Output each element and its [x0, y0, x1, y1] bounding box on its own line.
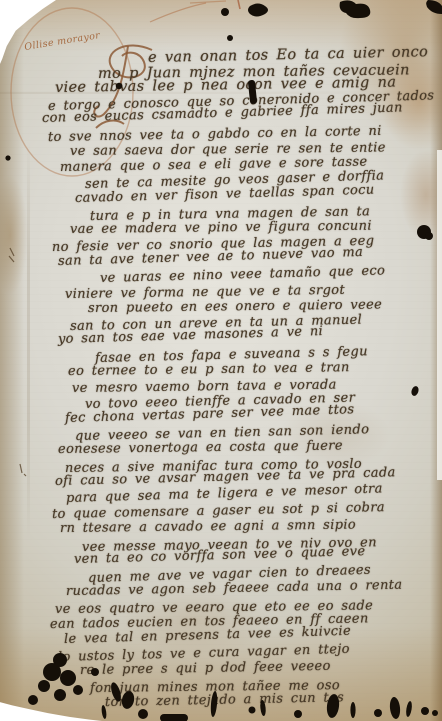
manuscript-line: rn ttesare a cavado ee agni a smn sipio [60, 519, 356, 536]
manuscript-line: eonesese vonertoga ea costa que fuere [58, 440, 343, 458]
manuscript-line: ton to zen ttejado a mis cun tas [105, 691, 344, 710]
manuscript-line: re le pree s qui p dod feee veeeo [80, 659, 331, 677]
manuscript-line: eo ternee to e eu p san to vea e tran [68, 361, 350, 379]
manuscript-text-block: e van onan tos Eo ta ca uier oncomo p Ju… [0, 0, 442, 721]
manuscript-scan-page: Ollise morayor e van onan tos Eo ta ca u… [0, 0, 442, 721]
manuscript-line: rucadas ve agon seb feaeee cada una o re… [66, 579, 403, 599]
